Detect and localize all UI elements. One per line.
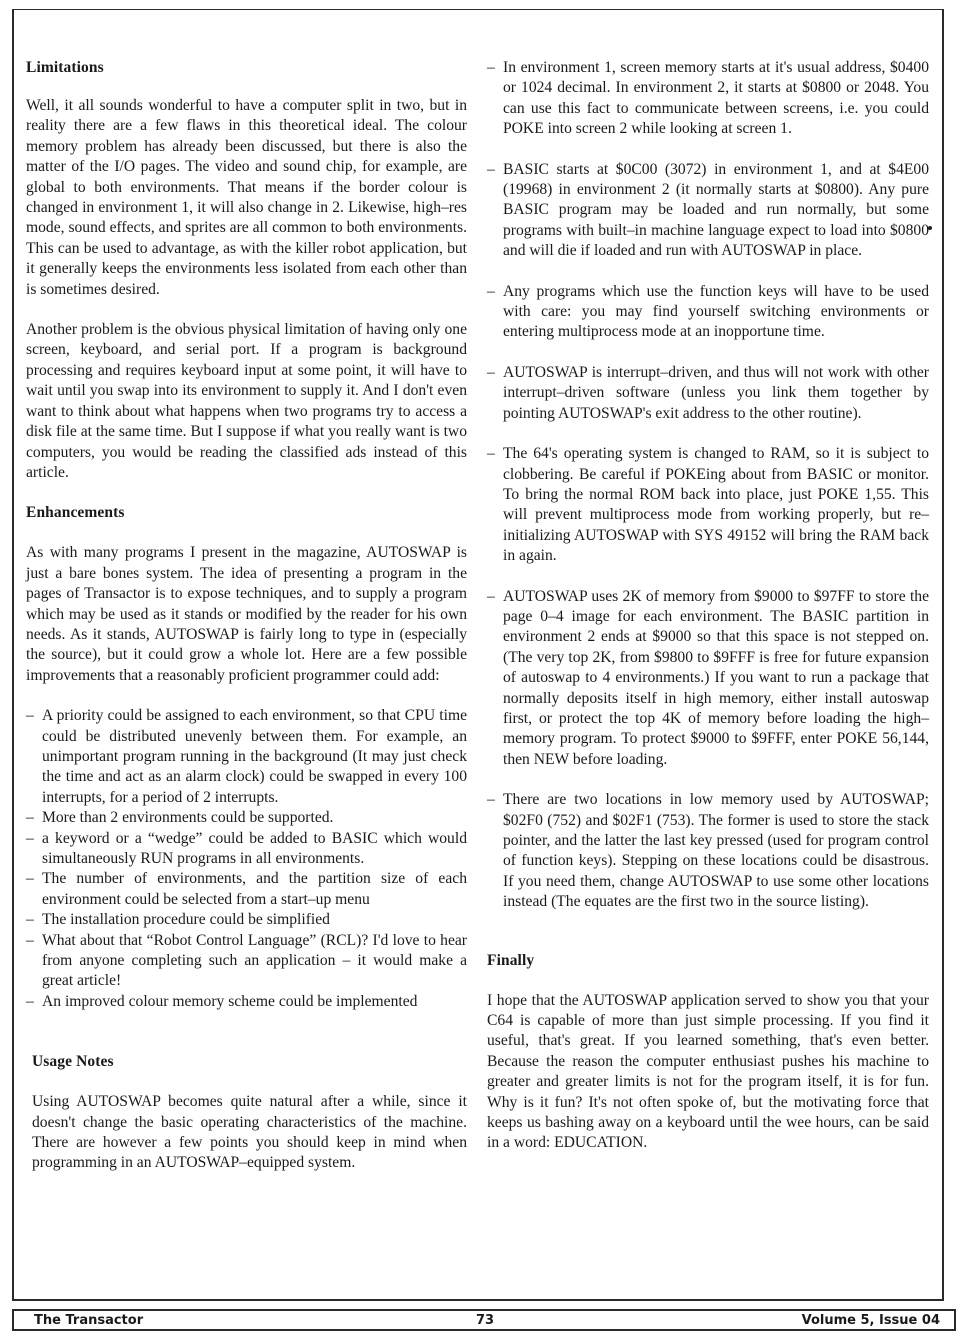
list-item: –The 64's operating system is changed to… (487, 444, 929, 566)
enhancements-list: –A priority could be assigned to each en… (26, 706, 467, 1012)
left-column: Limitations Well, it all sounds wonderfu… (26, 58, 467, 1174)
list-item: –More than 2 environments could be suppo… (26, 808, 467, 828)
dash-bullet: – (487, 363, 495, 383)
dash-bullet: – (487, 444, 495, 464)
dash-bullet: – (26, 869, 34, 889)
footer-issue: Volume 5, Issue 04 (802, 1313, 940, 1328)
usage-notes-paragraph: Using AUTOSWAP becomes quite natural aft… (26, 1092, 467, 1174)
list-item: –The number of environments, and the par… (26, 869, 467, 910)
print-artifact-dot (928, 226, 932, 230)
list-item: –AUTOSWAP uses 2K of memory from $9000 t… (487, 587, 929, 771)
limitations-paragraph-1: Well, it all sounds wonderful to have a … (26, 96, 467, 300)
dash-bullet: – (26, 931, 34, 951)
list-item: –A priority could be assigned to each en… (26, 706, 467, 808)
list-item: –What about that “Robot Control Language… (26, 931, 467, 992)
finally-paragraph: I hope that the AUTOSWAP application ser… (487, 991, 929, 1154)
limitations-paragraph-2: Another problem is the obvious physical … (26, 320, 467, 483)
dash-bullet: – (487, 790, 495, 810)
list-item: –Any programs which use the function key… (487, 282, 929, 343)
dash-bullet: – (26, 808, 34, 828)
heading-enhancements: Enhancements (26, 503, 467, 523)
right-column: –In environment 1, screen memory starts … (487, 58, 929, 1154)
page-footer: The Transactor 73 Volume 5, Issue 04 (12, 1309, 956, 1331)
heading-limitations: Limitations (26, 58, 467, 78)
usage-notes-list: –In environment 1, screen memory starts … (487, 58, 929, 913)
list-item: –An improved colour memory scheme could … (26, 992, 467, 1012)
dash-bullet: – (26, 706, 34, 726)
footer-publication: The Transactor (34, 1313, 143, 1328)
list-item: –In environment 1, screen memory starts … (487, 58, 929, 140)
dash-bullet: – (26, 992, 34, 1012)
dash-bullet: – (26, 910, 34, 930)
list-item: –There are two locations in low memory u… (487, 790, 929, 912)
dash-bullet: – (487, 58, 495, 78)
list-item: –BASIC starts at $0C00 (3072) in environ… (487, 160, 929, 262)
dash-bullet: – (487, 160, 495, 180)
heading-usage-notes: Usage Notes (26, 1052, 467, 1072)
heading-finally: Finally (487, 951, 929, 971)
footer-page-number: 73 (476, 1313, 494, 1328)
list-item: –AUTOSWAP is interrupt–driven, and thus … (487, 363, 929, 424)
list-item: –a keyword or a “wedge” could be added t… (26, 829, 467, 870)
dash-bullet: – (487, 587, 495, 607)
dash-bullet: – (487, 282, 495, 302)
enhancements-intro: As with many programs I present in the m… (26, 543, 467, 686)
dash-bullet: – (26, 829, 34, 849)
list-item: –The installation procedure could be sim… (26, 910, 467, 930)
